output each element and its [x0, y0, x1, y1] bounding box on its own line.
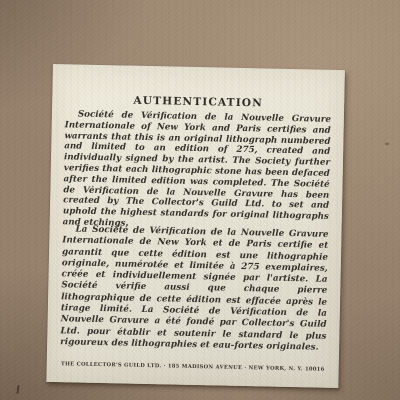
scratch-mark: [16, 385, 19, 394]
paragraph-french: La Société de Vérification de la Nouvell…: [60, 224, 329, 354]
authentication-label: AUTHENTICATION Société de Vérification d…: [46, 64, 345, 388]
paragraph-english: Société de Vérification de la Nouvelle G…: [63, 109, 331, 233]
frame-backing-board: AUTHENTICATION Société de Vérification d…: [0, 0, 400, 400]
dust-speck: [385, 143, 389, 145]
label-title: AUTHENTICATION: [52, 93, 344, 111]
publisher-address-line: THE COLLECTOR'S GUILD LTD. · 185 MADISON…: [47, 361, 339, 373]
